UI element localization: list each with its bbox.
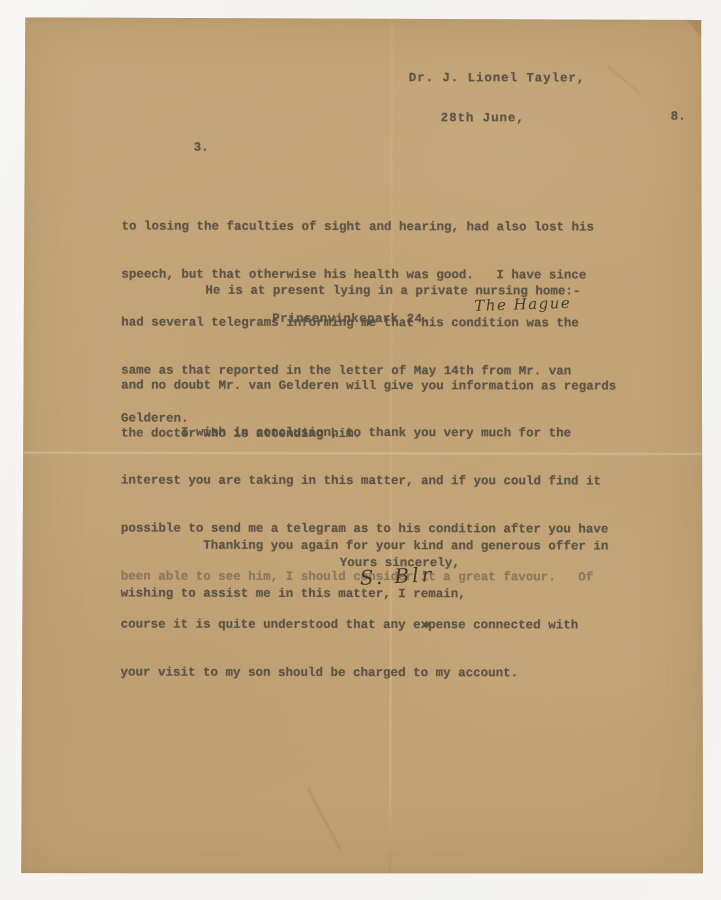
recipient-line: Dr. J. Lionel Tayler, <box>409 70 585 86</box>
typed-line: to losing the faculties of sight and hea… <box>121 218 594 235</box>
handwritten-annotation: The Hague <box>474 294 572 315</box>
typed-line: speech, but that otherwise his health wa… <box>121 266 594 283</box>
page-number: 3. <box>194 140 209 156</box>
scan-background: Dr. J. Lionel Tayler, 28th June, 8. 3. t… <box>0 0 721 900</box>
date-line: 28th June, <box>441 110 525 126</box>
signature: S. Blr <box>359 562 434 590</box>
typed-line: I wish in conclusion, to thank you very … <box>121 424 609 441</box>
typed-line: your visit to my son should be charged t… <box>121 664 609 681</box>
folio-number: 8. <box>671 109 686 125</box>
typed-line: Thanking you again for your kind and gen… <box>121 537 609 554</box>
address-line: Prinsenvinkepark 24. <box>272 311 430 327</box>
paper-wrinkle <box>307 787 341 850</box>
typed-line: interest you are taking in this matter, … <box>121 472 609 489</box>
paper-wrinkle <box>607 65 640 93</box>
corner-fold <box>685 19 705 41</box>
letter-paper: Dr. J. Lionel Tayler, 28th June, 8. 3. t… <box>21 17 705 874</box>
